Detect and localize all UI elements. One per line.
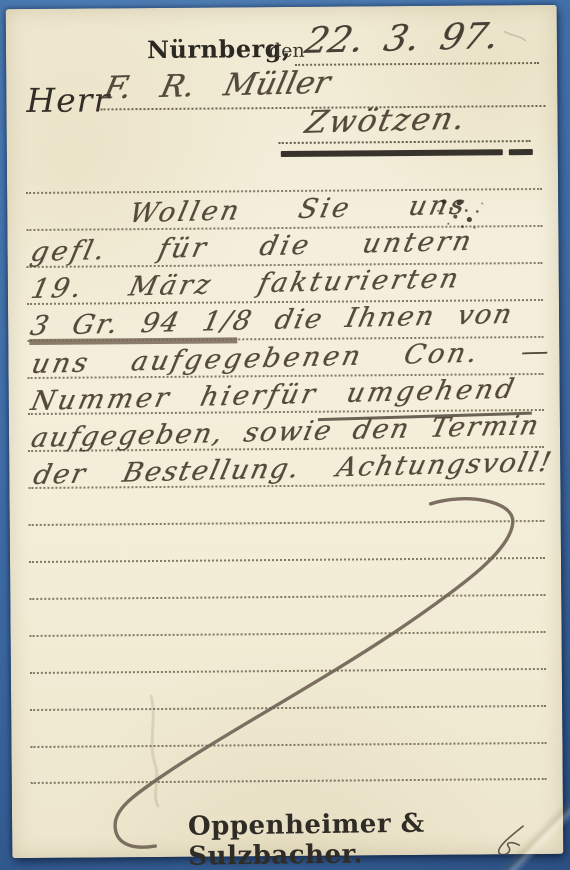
ruled-line <box>30 705 546 711</box>
ruled-line <box>29 594 545 600</box>
date-label: den <box>269 40 305 62</box>
address-underline-bar-segment <box>509 149 533 155</box>
paper-crease <box>480 779 570 870</box>
ruled-line <box>30 631 546 637</box>
ruled-line <box>29 557 545 563</box>
handwriting-line: 3 Gr. 94 1/8 die Ihnen von <box>27 299 516 342</box>
handwritten-date: 22. 3. 97. <box>301 16 503 62</box>
photo-background: Nürnberg, den 22. 3. 97. Herr F. R. Müll… <box>0 0 570 870</box>
place-dotted-line <box>279 140 531 144</box>
handwritten-place: Zwötzen. <box>302 101 470 141</box>
bleed-through-artifact <box>151 696 158 806</box>
salutation-script: Herr <box>26 80 110 120</box>
ruled-line <box>29 520 545 526</box>
handwriting-line: Wollen Sie uns <box>126 190 470 230</box>
handwriting-line: 19. März fakturierten <box>28 263 464 305</box>
handwritten-name: F. R. Müller <box>100 65 333 107</box>
postcard: Nürnberg, den 22. 3. 97. Herr F. R. Müll… <box>6 5 564 858</box>
address-underline-bar <box>281 149 503 157</box>
handwriting-line: gefl. für die untern <box>28 226 477 268</box>
ruled-line <box>30 742 546 748</box>
edge-scratch-mark <box>504 31 526 41</box>
ruled-line <box>30 668 546 674</box>
ruled-line <box>31 778 547 784</box>
